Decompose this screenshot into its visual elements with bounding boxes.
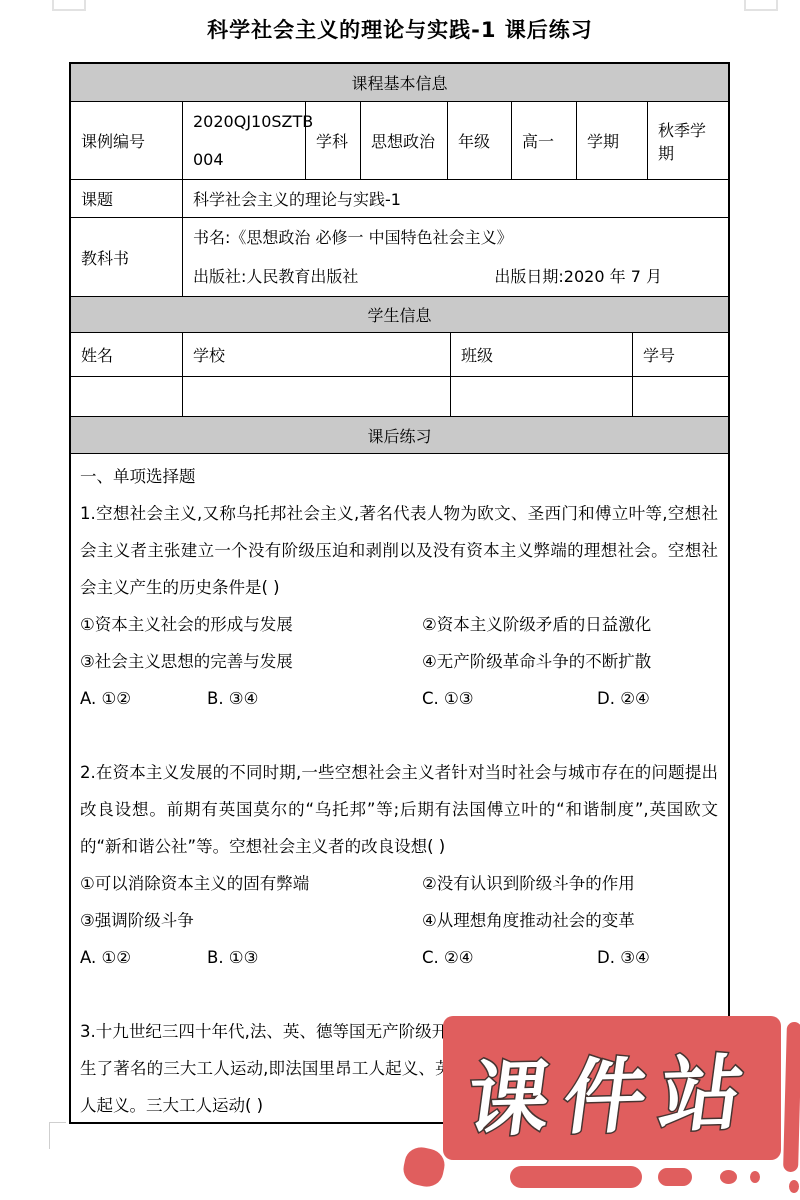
document-page: 科学社会主义的理论与实践-1 课后练习 课程基本信息 课例编号 2020QJ10… — [0, 0, 800, 1200]
question-2-options-row-2: ③强调阶级斗争 ④从理想角度推动社会的变革 — [80, 902, 718, 939]
question-1-options-row-1: ①资本主义社会的形成与发展 ②资本主义阶级矛盾的日益激化 — [80, 606, 718, 643]
grade-value: 高一 — [512, 102, 577, 179]
textbook-title: 书名:《思想政治 必修一 中国特色社会主义》 — [193, 218, 718, 257]
question-3-stem: 3.十九世纪三四十年代,法、英、德等国无产阶级开展了独立的政治运动,主要表现就是… — [80, 1013, 718, 1122]
choice-c: C. ②④ — [422, 939, 597, 976]
name-label: 姓名 — [71, 333, 183, 376]
name-input-cell[interactable] — [71, 377, 183, 416]
class-label: 班级 — [451, 333, 633, 376]
choice-d: D. ③④ — [597, 939, 650, 976]
term-value: 秋季学期 — [648, 102, 728, 179]
student-info-header-row: 姓名 学校 班级 学号 — [71, 333, 728, 377]
topic-label: 课题 — [71, 180, 183, 217]
school-label: 学校 — [183, 333, 451, 376]
student-no-label: 学号 — [633, 333, 728, 376]
lesson-no-value: 2020QJ10SZTB 004 — [183, 102, 306, 179]
student-info-section-header: 学生信息 — [71, 297, 728, 333]
question-1-choices: A. ①② B. ③④ C. ①③ D. ②④ — [80, 680, 718, 717]
option-1: ①资本主义社会的形成与发展 — [80, 606, 422, 643]
textbook-label: 教科书 — [71, 218, 183, 296]
course-info-section-header: 课程基本信息 — [71, 64, 728, 102]
question-1-stem: 1.空想社会主义,又称乌托邦社会主义,著名代表人物为欧文、圣西门和傅立叶等,空想… — [80, 495, 718, 606]
page-margin-mark-top-left — [52, 0, 86, 11]
term-label: 学期 — [577, 102, 648, 179]
textbook-publish-date: 出版日期:2020 年 7 月 — [494, 257, 662, 296]
exercise-section-header: 课后练习 — [71, 417, 728, 454]
document-title: 科学社会主义的理论与实践-1 课后练习 — [0, 14, 800, 44]
topic-value: 科学社会主义的理论与实践-1 — [183, 180, 728, 217]
lesson-no-line1: 2020QJ10SZTB — [193, 103, 313, 141]
option-3: ③社会主义思想的完善与发展 — [80, 643, 422, 680]
option-2: ②没有认识到阶级斗争的作用 — [422, 865, 635, 902]
option-1: ①可以消除资本主义的固有弊端 — [80, 865, 422, 902]
page-margin-mark-bottom-left — [49, 1122, 66, 1149]
question-1-options-row-2: ③社会主义思想的完善与发展 ④无产阶级革命斗争的不断扩散 — [80, 643, 718, 680]
page-margin-mark-top-right — [744, 0, 778, 11]
lesson-no-line2: 004 — [193, 141, 224, 179]
subject-label: 学科 — [306, 102, 361, 179]
subject-value: 思想政治 — [361, 102, 448, 179]
choice-d: D. ②④ — [597, 680, 650, 717]
grade-label: 年级 — [448, 102, 512, 179]
student-info-blank-row — [71, 377, 728, 417]
student-no-input-cell[interactable] — [633, 377, 728, 416]
question-2-options-row-1: ①可以消除资本主义的固有弊端 ②没有认识到阶级斗争的作用 — [80, 865, 718, 902]
choice-b: B. ①③ — [207, 939, 422, 976]
school-input-cell[interactable] — [183, 377, 451, 416]
option-2: ②资本主义阶级矛盾的日益激化 — [422, 606, 651, 643]
choice-a: A. ①② — [80, 680, 207, 717]
choice-a: A. ①② — [80, 939, 207, 976]
textbook-row: 教科书 书名:《思想政治 必修一 中国特色社会主义》 出版社:人民教育出版社 出… — [71, 218, 728, 297]
option-4: ④无产阶级革命斗争的不断扩散 — [422, 643, 651, 680]
class-input-cell[interactable] — [451, 377, 633, 416]
option-3: ③强调阶级斗争 — [80, 902, 422, 939]
lesson-no-label: 课例编号 — [71, 102, 183, 179]
topic-row: 课题 科学社会主义的理论与实践-1 — [71, 180, 728, 218]
exercise-part-title: 一、单项选择题 — [80, 458, 718, 495]
option-4: ④从理想角度推动社会的变革 — [422, 902, 635, 939]
question-2-choices: A. ①② B. ①③ C. ②④ D. ③④ — [80, 939, 718, 976]
question-2-stem: 2.在资本主义发展的不同时期,一些空想社会主义者针对当时社会与城市存在的问题提出… — [80, 754, 718, 865]
worksheet-table: 课程基本信息 课例编号 2020QJ10SZTB 004 学科 思想政治 年级 … — [69, 62, 730, 1124]
choice-c: C. ①③ — [422, 680, 597, 717]
textbook-publisher: 出版社:人民教育出版社 — [193, 257, 358, 296]
choice-b: B. ③④ — [207, 680, 422, 717]
textbook-value: 书名:《思想政治 必修一 中国特色社会主义》 出版社:人民教育出版社 出版日期:… — [183, 218, 728, 296]
exercise-content: 一、单项选择题 1.空想社会主义,又称乌托邦社会主义,著名代表人物为欧文、圣西门… — [71, 454, 728, 1122]
course-info-row: 课例编号 2020QJ10SZTB 004 学科 思想政治 年级 高一 学期 秋… — [71, 102, 728, 180]
